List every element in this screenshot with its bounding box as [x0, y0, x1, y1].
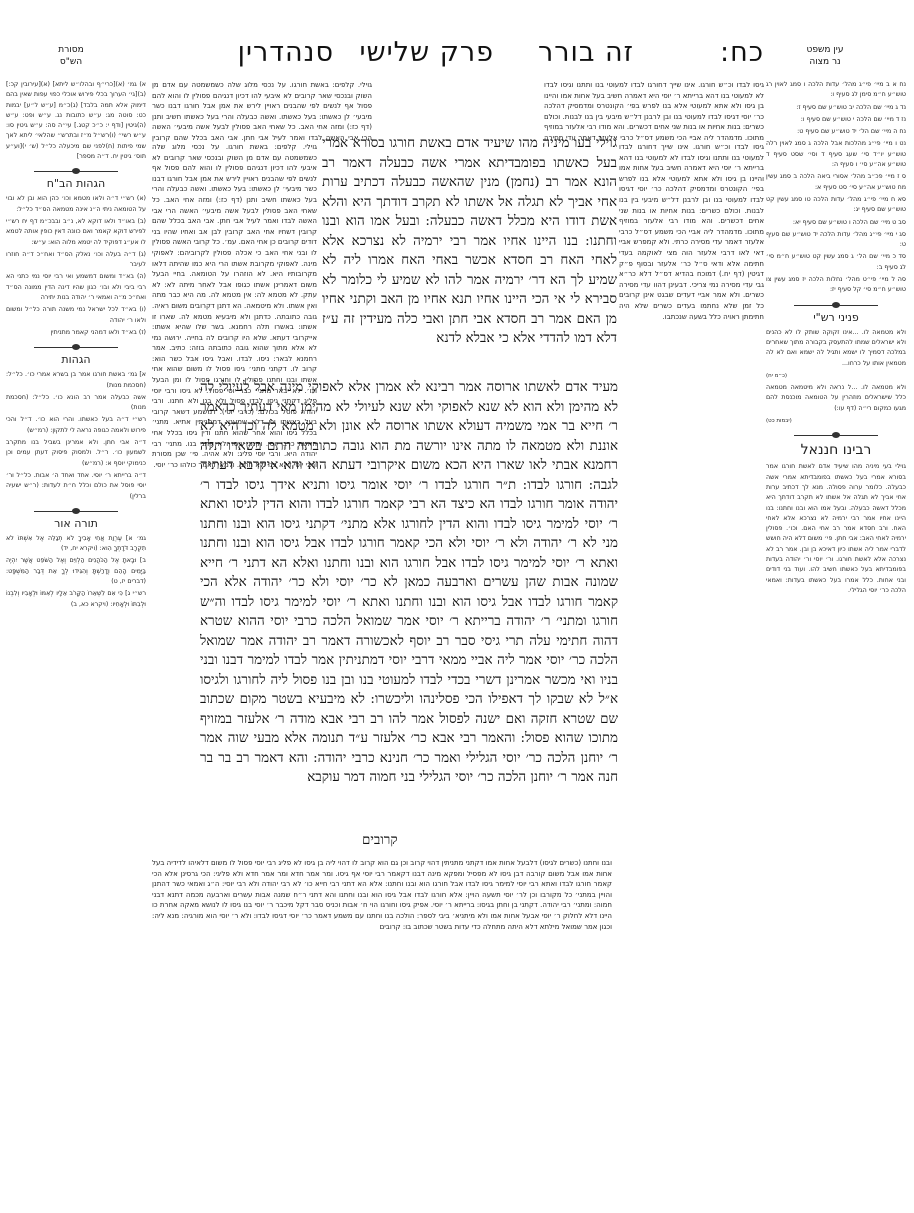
pninei-rashi-title: פניני רש"י	[766, 310, 906, 326]
pninei-rashi-entry: ולא מטמאה לו. ...ל נראה ולא מיטמאה מטמאה…	[766, 383, 906, 414]
ein-mishpat-entry: נט ו מיי׳ פי״ג מהלכות אבל הלכה ג סמג לאו…	[766, 139, 906, 170]
ornament-divider-icon	[794, 302, 878, 308]
torah-or-title: תורה אור	[6, 516, 146, 532]
tosafot-text: גיסו לבדו וכ״ש חורגו. אינו שייך דחורגו ל…	[544, 80, 764, 142]
ein-mishpat-entry: סב ט מיי׳ שם הלכה ו טוש״ע שם סעיף יא:	[766, 218, 906, 228]
page-header: עין משפט נר מצוה כח: זה בורר פרק שלישי ס…	[0, 38, 914, 78]
ein-mishpat-entry: נד ג מיי׳ שם הלכה יב טוש״ע שם סעיף ז:	[766, 103, 906, 113]
ornament-divider-icon	[34, 168, 118, 174]
tosafot-column: גיסו לבדו וכ״ש חורגו. אינו שייך דחורגו ל…	[619, 142, 764, 832]
hagahot-habach-entry: (ב) באו״ד ולאו דוקא לא, נ״ב ובבכ״מ דף יח…	[6, 217, 146, 248]
hagahot-entry: רש״י ד״ה בעל כאשתו. והרי הוא כו׳. ד״ל וה…	[6, 415, 146, 436]
ein-mishpat-entry: נח ה מיי׳ שם הל׳ יד טוש״ע שם סעיף ט:	[766, 127, 906, 137]
pninei-rashi-entry: ולא מטמאה לו. ...אינו זקוקה שותק לו לא כ…	[766, 328, 906, 369]
ein-mishpat-column: נח א ב מיי׳ פי״ג מהל׳ עדות הלכה ו סמג לא…	[766, 80, 906, 1180]
ein-mishpat-entry: סה ל מיי׳ פי״ט מהל׳ נחלות הלכה יז סמג עש…	[766, 275, 906, 296]
daf-number: כח:	[720, 38, 764, 68]
masechet-title: סנהדרין	[238, 38, 334, 68]
torah-or-entry: גמ׳ א] עֶרְוַת אֲחִי אָבִיךָ לֹא תְגַלֵּ…	[6, 534, 146, 555]
ein-mishpat-label: עין משפט	[790, 44, 860, 56]
torah-or-entry: רש״י ג] כִּי אִם לִשְׁאֵרוֹ הַקָּרֹב אֵל…	[6, 589, 146, 610]
hagahot-entry: ד״ה ברייתא ר׳ יוסי. אחד ואחד ה׳ אבות. כל…	[6, 471, 146, 502]
mesoret-heading: מסורת הש"ס	[46, 44, 96, 68]
hagahot-habach-entry: (ה) בא״ד ומשום דמשמע ואי רבי יוסי נמי כת…	[6, 272, 146, 303]
hagahot-habach-entry: (א) רש״י ד״ה ולאו מטמא וכו׳ כהן הוא ובן …	[6, 194, 146, 215]
ein-mishpat-entry: סד כ מיי׳ שם הל׳ ג סמג עשין קט טוש״ע ח״מ…	[766, 252, 906, 273]
bottom-commentary-text: ובנו וחתנו (כשרים לגיסו) דלבעל אחות אמו …	[152, 858, 612, 932]
gemara-catchword: קרובים	[362, 832, 398, 848]
pninei-rashi-ref: (כ״מ יח)	[766, 371, 906, 381]
hagahot-entry: אשה כבעלה אמר רב הונא כו׳. כל״ל: (חסכמת …	[6, 393, 146, 414]
tosafot-top-block: גיסו לבדו וכ״ש חורגו. אינו שייך דחורגו ל…	[544, 80, 764, 142]
ein-mishpat-entry: נח א ב מיי׳ פי״ג מהל׳ עדות הלכה ו סמג לא…	[766, 80, 906, 101]
ein-mishpat-entry: סג י מיי׳ פי״ג מהל׳ עדות הלכה יד טוש״ע ש…	[766, 230, 906, 251]
perek-number: פרק שלישי	[359, 38, 494, 68]
gemara-main-block: מעיד אדם לאשתו ארוסה אמר רבינא לא אמרן א…	[200, 378, 618, 828]
ornament-divider-icon	[34, 344, 118, 350]
ein-mishpat-heading: עין משפט נר מצוה	[790, 44, 860, 68]
torah-or-entry: ב] וּבָאתָ אֶל הַכֹּהֲנִים הַלְוִיִּם וְ…	[6, 556, 146, 587]
hagahot-habach-entry: (ו) בא״ד לכל ישראל נמי משנה תורה כל״ל ומ…	[6, 305, 146, 326]
ornament-divider-icon	[34, 508, 118, 514]
hagahot-entry: ד״ה אבי חתן. ולא אמרינן בשביל בנו מתקרב …	[6, 438, 146, 469]
gemara-paragraph: גוילי בעו מיניה מהו שיעיד אדם באשת חורגו…	[322, 134, 617, 349]
hagahot-habach-entry: (ג) ד״ה בעלה וכו׳ נאלק הס״ד ואח״כ ד״ה חו…	[6, 250, 146, 271]
hashas-label: הש"ס	[46, 56, 96, 68]
hagahot-habach-title: הגהות הב"ח	[6, 176, 146, 192]
rabbeinu-chananel-text: גוילי בעי מיניה מהו שיעיד אדם לאשת חורגו…	[766, 462, 906, 596]
gemara-top-block: גוילי בעו מיניה מהו שיעיד אדם באשת חורגו…	[322, 134, 617, 374]
hagahot-habach-entry: (ז) בא״ד ולאו דמהני קאמר מתניתין	[6, 328, 146, 338]
ein-mishpat-entry: סא ח מיי׳ פי״ג מהל׳ עדות הלכה טו סמג עשי…	[766, 195, 906, 216]
mesoret-label: מסורת	[46, 44, 96, 56]
hagahot-entry: א] גמ׳ באשת חורגו אמר בן בשרא אמרי כו׳. …	[6, 370, 146, 391]
rabbeinu-chananel-title: רבינו חננאל	[766, 440, 906, 460]
ner-mitzvah-label: נר מצוה	[790, 56, 860, 68]
rashi-top-block: גוילי. קלפים: באשת חורגו. על נכסי מלוג ש…	[152, 80, 372, 142]
pninei-rashi-ref: (יבמות כט)	[766, 416, 906, 426]
ein-mishpat-entry: נז ד מיי׳ שם הלכה י טוש״ע שם סעיף ו:	[766, 115, 906, 125]
gemara-paragraph: מעיד אדם לאשתו ארוסה אמר רבינא לא אמרן א…	[200, 378, 618, 788]
mesoret-column: א) גמ׳ (א)[כרי״ף ובהלו״ש ליתא] (א)[עירוב…	[6, 80, 146, 1160]
ein-mishpat-entry: ס ז מיי׳ פכ״ב מהל׳ אסורי ביאה הלכה ב סמג…	[766, 172, 906, 193]
bottom-commentary: ובנו וחתנו (כשרים לגיסו) דלבעל אחות אמו …	[152, 858, 612, 978]
hagahot-title: הגהות	[6, 352, 146, 368]
tosafot-text-continued: גיסו לבדו וכ״ש חורגו. אינו שייך דחורגו ל…	[619, 142, 764, 322]
perek-name: זה בורר	[538, 38, 634, 68]
ornament-divider-icon	[794, 432, 878, 438]
mesoret-entry: א) גמ׳ (א)[כרי״ף ובהלו״ש ליתא] (א)[עירוב…	[6, 80, 146, 162]
rashi-text: גוילי. קלפים: באשת חורגו. על נכסי מלוג ש…	[152, 80, 372, 142]
